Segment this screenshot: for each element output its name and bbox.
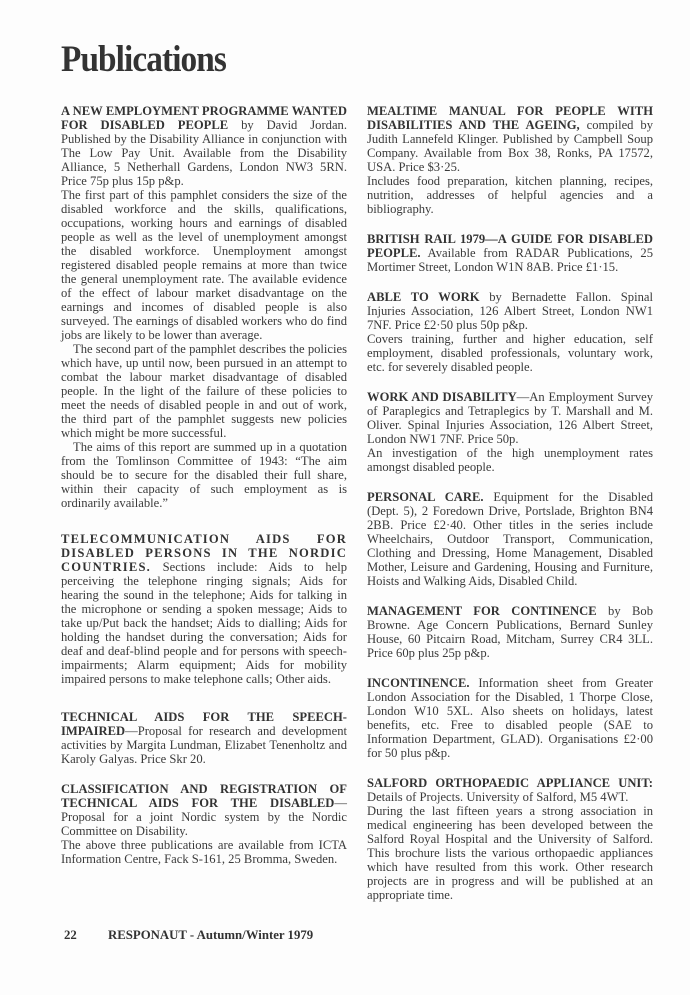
publication-entry: SALFORD ORTHOPAEDIC APPLIANCE UNIT: Deta… [367, 776, 653, 902]
publication-description: The aims of this report are summed up in… [61, 440, 347, 510]
publication-description: Covers training, further and higher educ… [367, 332, 653, 374]
publication-entry: TECHNICAL AIDS FOR THE SPEECH-IMPAIRED—P… [61, 710, 347, 766]
publication-title: MANAGEMENT FOR CONTINENCE [367, 604, 597, 618]
publication-title: SALFORD ORTHOPAEDIC APPLIANCE UNIT: [367, 776, 653, 790]
left-column: A NEW EMPLOYMENT PROGRAMME WANTED FOR DI… [61, 104, 347, 882]
publication-title: ABLE TO WORK [367, 290, 480, 304]
publication-name: RESPONAUT - Autumn/Winter 1979 [108, 928, 313, 942]
page-number: 22 [64, 928, 108, 943]
publication-description: Includes food preparation, kitchen plann… [367, 174, 653, 216]
publication-description: An investigation of the high unemploymen… [367, 446, 653, 474]
right-column: MEALTIME MANUAL FOR PEOPLE WITH DISABILI… [367, 104, 653, 918]
publication-entry: A NEW EMPLOYMENT PROGRAMME WANTED FOR DI… [61, 104, 347, 510]
publication-entry: PERSONAL CARE. Equipment for the Disable… [367, 490, 653, 588]
publication-entry: INCONTINENCE. Information sheet from Gre… [367, 676, 653, 760]
publication-description: The above three publications are availab… [61, 838, 347, 866]
publication-description: The second part of the pamphlet describe… [61, 342, 347, 440]
publication-entry: TELECOMMUNICATION AIDS FOR DISABLED PERS… [61, 532, 347, 686]
publication-entry: WORK AND DISABILITY—An Employment Survey… [367, 390, 653, 474]
page-title: Publications [61, 38, 226, 82]
publication-entry: BRITISH RAIL 1979—A GUIDE FOR DISABLED P… [367, 232, 653, 274]
publication-description: The first part of this pamphlet consider… [61, 188, 347, 342]
publication-entry: CLASSIFICATION AND REGISTRATION OF TECHN… [61, 782, 347, 866]
publication-details: Details of Projects. University of Salfo… [367, 790, 628, 804]
publication-details: Sections include: Aids to help perceivin… [61, 560, 347, 686]
publication-title: WORK AND DISABILITY [367, 390, 517, 404]
publication-entry: ABLE TO WORK by Bernadette Fallon. Spina… [367, 290, 653, 374]
publication-details: Equipment for the Disabled (Dept. 5), 2 … [367, 490, 653, 588]
publication-entry: MEALTIME MANUAL FOR PEOPLE WITH DISABILI… [367, 104, 653, 216]
publication-description: During the last fifteen years a strong a… [367, 804, 653, 902]
publication-title: INCONTINENCE. [367, 676, 470, 690]
publication-title: CLASSIFICATION AND REGISTRATION OF TECHN… [61, 782, 347, 810]
page-footer: 22RESPONAUT - Autumn/Winter 1979 [64, 928, 313, 943]
publication-entry: MANAGEMENT FOR CONTINENCE by Bob Browne.… [367, 604, 653, 660]
publication-title: PERSONAL CARE. [367, 490, 484, 504]
